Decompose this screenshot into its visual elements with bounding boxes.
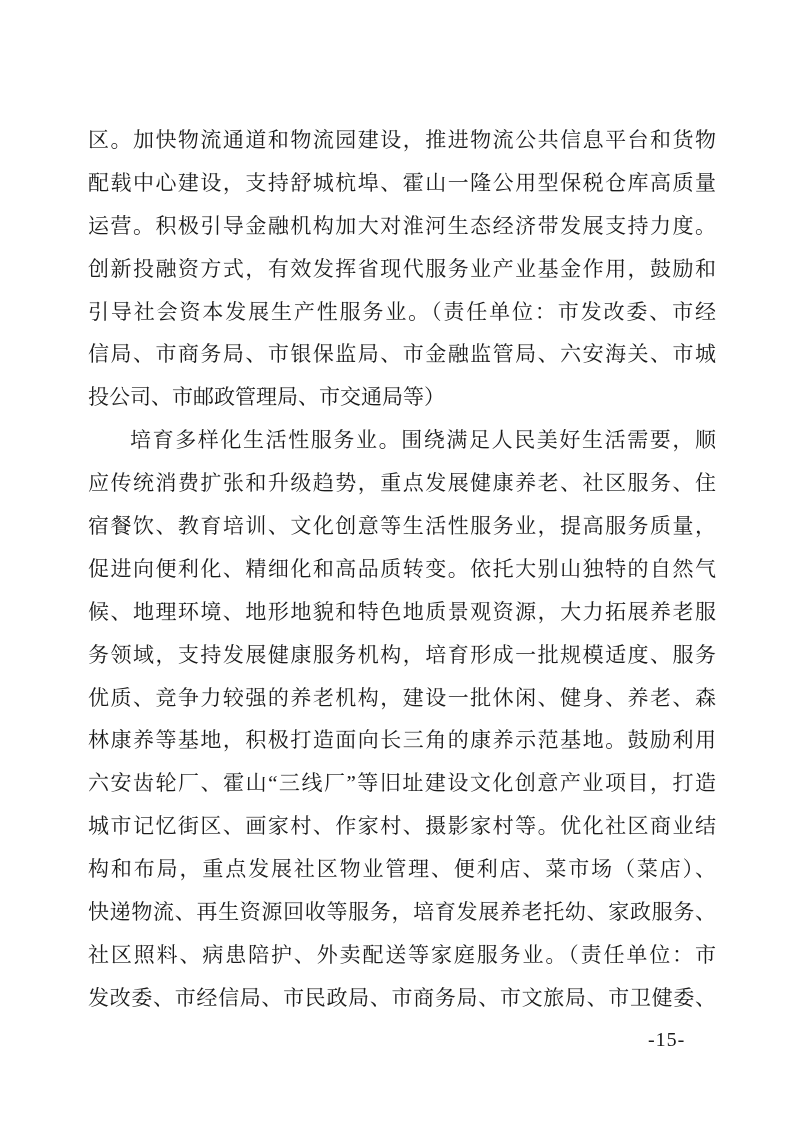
body-text-segment: 社区照料、病患陪护、外卖配送等家庭服务业。 xyxy=(88,943,568,967)
body-text-segment: 配载中心建设，支持舒城杭埠、霍山一隆公用型保税仓库高质量 xyxy=(88,171,716,195)
body-text-segment: 引导社会资本发展生产性服务业。 xyxy=(88,300,431,324)
text-line: 运营。积极引导金融机构加大对淮河生态经济带发展支持力度。 xyxy=(88,205,716,248)
page-number: -15- xyxy=(648,1026,685,1054)
body-text-segment: 培育多样化生活性服务业。围绕满足人民美好生活需要，顺 xyxy=(130,428,716,452)
body-text-segment: 运营。积极引导金融机构加大对淮河生态经济带发展支持力度。 xyxy=(88,214,716,238)
text-line: 促进向便利化、精细化和高品质转变。依托大别山独特的自然气 xyxy=(88,548,716,591)
text-line: 快递物流、再生资源回收等服务，培育发展养老托幼、家政服务、 xyxy=(88,891,716,934)
document-page: 区。加快物流通道和物流园建设，推进物流公共信息平台和货物配载中心建设，支持舒城杭… xyxy=(0,0,793,1122)
responsibility-unit-text: （责任单位：市 xyxy=(568,943,716,967)
body-text-segment: 构和布局，重点发展社区物业管理、便利店、菜市场（菜店）、 xyxy=(88,857,716,881)
body-text-segment: 创新投融资方式，有效发挥省现代服务业产业基金作用，鼓励和 xyxy=(88,257,716,281)
body-text-segment: 六安齿轮厂、霍山“三线厂”等旧址建设文化创意产业项目，打造 xyxy=(88,771,716,795)
responsibility-unit-text: 投公司、市邮政管理局、市交通局等） xyxy=(88,385,445,409)
text-line: 培育多样化生活性服务业。围绕满足人民美好生活需要，顺 xyxy=(88,419,716,462)
body-text-segment: 区。加快物流通道和物流园建设，推进物流公共信息平台和货物 xyxy=(88,128,716,152)
body-text-segment: 快递物流、再生资源回收等服务，培育发展养老托幼、家政服务、 xyxy=(88,900,716,924)
text-line: 引导社会资本发展生产性服务业。（责任单位：市发改委、市经 xyxy=(88,291,716,334)
responsibility-unit-text: 发改委、市经信局、市民政局、市商务局、市文旅局、市卫健委、 xyxy=(88,986,716,1010)
body-text-segment: 候、地理环境、地形地貌和特色地质景观资源，大力拓展养老服 xyxy=(88,600,716,624)
body-text-segment: 促进向便利化、精细化和高品质转变。依托大别山独特的自然气 xyxy=(88,557,716,581)
body-text: 区。加快物流通道和物流园建设，推进物流公共信息平台和货物配载中心建设，支持舒城杭… xyxy=(88,119,716,1020)
text-line: 应传统消费扩张和升级趋势，重点发展健康养老、社区服务、住 xyxy=(88,462,716,505)
text-line: 林康养等基地，积极打造面向长三角的康养示范基地。鼓励利用 xyxy=(88,719,716,762)
text-line: 构和布局，重点发展社区物业管理、便利店、菜市场（菜店）、 xyxy=(88,848,716,891)
text-line: 投公司、市邮政管理局、市交通局等） xyxy=(88,376,716,419)
responsibility-unit-text: （责任单位：市发改委、市经 xyxy=(431,300,716,324)
text-line: 创新投融资方式，有效发挥省现代服务业产业基金作用，鼓励和 xyxy=(88,248,716,291)
body-text-segment: 应传统消费扩张和升级趋势，重点发展健康养老、社区服务、住 xyxy=(88,471,716,495)
text-line: 务领域，支持发展健康服务机构，培育形成一批规模适度、服务 xyxy=(88,634,716,677)
text-line: 宿餐饮、教育培训、文化创意等生活性服务业，提高服务质量， xyxy=(88,505,716,548)
text-line: 城市记忆街区、画家村、作家村、摄影家村等。优化社区商业结 xyxy=(88,805,716,848)
text-line: 区。加快物流通道和物流园建设，推进物流公共信息平台和货物 xyxy=(88,119,716,162)
text-line: 社区照料、病患陪护、外卖配送等家庭服务业。（责任单位：市 xyxy=(88,934,716,977)
text-line: 发改委、市经信局、市民政局、市商务局、市文旅局、市卫健委、 xyxy=(88,977,716,1020)
text-line: 优质、竞争力较强的养老机构，建设一批休闲、健身、养老、森 xyxy=(88,677,716,720)
body-text-segment: 城市记忆街区、画家村、作家村、摄影家村等。优化社区商业结 xyxy=(88,814,716,838)
body-text-segment: 宿餐饮、教育培训、文化创意等生活性服务业，提高服务质量， xyxy=(88,514,716,538)
text-line: 候、地理环境、地形地貌和特色地质景观资源，大力拓展养老服 xyxy=(88,591,716,634)
text-line: 配载中心建设，支持舒城杭埠、霍山一隆公用型保税仓库高质量 xyxy=(88,162,716,205)
body-text-segment: 优质、竞争力较强的养老机构，建设一批休闲、健身、养老、森 xyxy=(88,686,716,710)
body-text-segment: 务领域，支持发展健康服务机构，培育形成一批规模适度、服务 xyxy=(88,643,716,667)
responsibility-unit-text: 信局、市商务局、市银保监局、市金融监管局、六安海关、市城 xyxy=(88,342,716,366)
text-line: 六安齿轮厂、霍山“三线厂”等旧址建设文化创意产业项目，打造 xyxy=(88,762,716,805)
body-text-segment: 林康养等基地，积极打造面向长三角的康养示范基地。鼓励利用 xyxy=(88,728,716,752)
text-line: 信局、市商务局、市银保监局、市金融监管局、六安海关、市城 xyxy=(88,333,716,376)
